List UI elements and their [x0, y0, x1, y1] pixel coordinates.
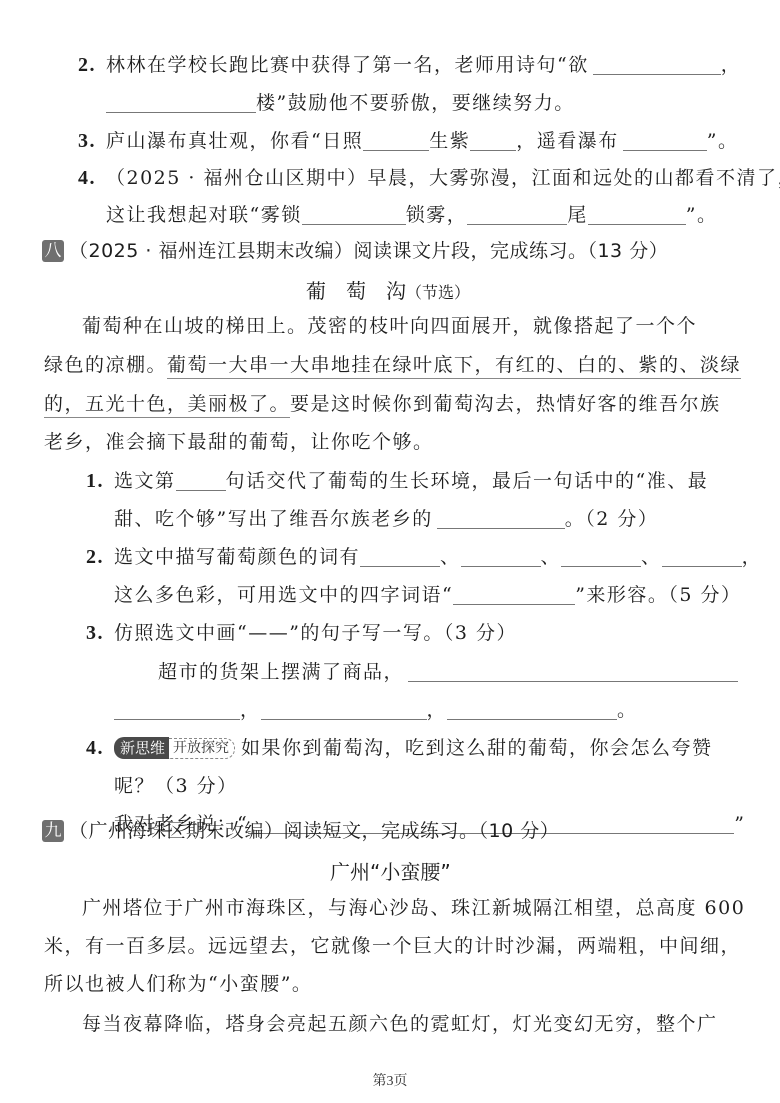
- question-text: 仿照选文中画“——”的句子写一写。（3 分）: [114, 622, 517, 644]
- passage-title-text: 广州“小蛮腰”: [330, 860, 451, 884]
- answer-blank[interactable]: [461, 546, 541, 567]
- section-heading-text: （广州海珠区期末改编）阅读短文，完成练习。（10 分）: [69, 820, 559, 842]
- worksheet-page: 2.林林在学校长跑比赛中获得了第一名，老师用诗句“欲， 楼”鼓励他不要骄傲，要继…: [0, 0, 780, 1103]
- answer-blank[interactable]: [662, 546, 742, 567]
- passage-text: 所以也被人们称为“小蛮腰”。: [44, 973, 312, 995]
- answer-blank[interactable]: [623, 130, 707, 151]
- passage-line: 老乡，准会摘下最甜的葡萄，让你吃个够。: [44, 429, 434, 455]
- punct: 、: [541, 546, 562, 568]
- q7-3: 3.庐山瀑布真壮观，你看“日照生紫，遥看瀑布”。: [78, 128, 738, 154]
- question-text: ”来形容。（5 分）: [575, 584, 741, 606]
- question-text: 呢？（3 分）: [114, 775, 238, 797]
- passage-line: 米，有一百多层。远远望去，它就像一个巨大的计时沙漏，两端粗，中间细，: [44, 933, 741, 959]
- passage-text: 老乡，准会摘下最甜的葡萄，让你吃个够。: [44, 431, 434, 453]
- question-text: ，遥看瀑布: [516, 130, 619, 152]
- answer-blank[interactable]: [176, 470, 226, 491]
- question-number: 3.: [86, 620, 114, 646]
- passage-line: 每当夜幕降临，塔身会亮起五颜六色的霓虹灯，灯光变幻无穷，整个广: [82, 1011, 718, 1037]
- question-text: 尾: [567, 204, 588, 226]
- question-text: 如果你到葡萄沟，吃到这么甜的葡萄，你会怎么夸赞: [241, 737, 713, 759]
- passage-title: 广州“小蛮腰”: [330, 856, 451, 885]
- passage-line: 所以也被人们称为“小蛮腰”。: [44, 971, 312, 997]
- answer-blank[interactable]: [437, 508, 565, 529]
- section-9-heading: 九（广州海珠区期末改编）阅读短文，完成练习。（10 分）: [42, 818, 559, 844]
- punct: ，: [427, 699, 448, 721]
- underlined-sentence: 葡萄一大串一大串地挂在绿叶底下，有红的、白的、紫的、淡绿: [167, 354, 741, 379]
- passage-text: 每当夜幕降临，塔身会亮起五颜六色的霓虹灯，灯光变幻无穷，整个广: [82, 1013, 718, 1035]
- answer-blank[interactable]: [470, 130, 516, 151]
- question-text: （2025 · 福州仓山区期中）早晨，大雾弥漫，江面和远处的山都看不清了，: [106, 167, 780, 189]
- question-text: 这么多色彩，可用选文中的四字词语“: [114, 584, 453, 606]
- question-number: 3.: [78, 128, 106, 154]
- section-heading-text: （2025 · 福州连江县期末改编）阅读课文片段，完成练习。（13 分）: [69, 240, 668, 262]
- question-text: 庐山瀑布真壮观，你看“日照: [106, 130, 363, 152]
- punct: ”。: [707, 130, 739, 152]
- punct: ，: [742, 546, 763, 568]
- punct: ，: [721, 54, 742, 76]
- q7-2-line1: 2.林林在学校长跑比赛中获得了第一名，老师用诗句“欲，: [78, 52, 741, 78]
- passage-title-note: （节选）: [406, 283, 470, 302]
- answer-blank[interactable]: [408, 661, 738, 682]
- answer-blank[interactable]: [447, 699, 617, 720]
- question-text: 甜、吃个够”写出了维吾尔族老乡的: [114, 508, 433, 530]
- underlined-sentence: 的，五光十色，美丽极了。: [44, 393, 290, 418]
- q8-3-line2: 超市的货架上摆满了商品，: [158, 659, 738, 685]
- punct: 、: [440, 546, 461, 568]
- q8-1-line2: 甜、吃个够”写出了维吾尔族老乡的。（2 分）: [114, 506, 658, 532]
- answer-blank[interactable]: [363, 130, 429, 151]
- punct: 。: [617, 699, 638, 721]
- passage-line: 广州塔位于广州市海珠区，与海心沙岛、珠江新城隔江相望，总高度 600: [82, 895, 745, 921]
- passage-text: 葡萄种在山坡的梯田上。茂密的枝叶向四面展开，就像搭起了一个个: [82, 315, 697, 337]
- question-number: 2.: [86, 544, 114, 570]
- answer-blank[interactable]: [302, 204, 406, 225]
- punct: ，: [240, 699, 261, 721]
- answer-blank[interactable]: [360, 546, 440, 567]
- answer-blank[interactable]: [106, 92, 256, 113]
- question-text: 楼”鼓励他不要骄傲，要继续努力。: [256, 92, 575, 114]
- answer-blank[interactable]: [467, 204, 567, 225]
- question-text: 这让我想起对联“雾锁: [106, 204, 302, 226]
- q8-4-line2: 呢？（3 分）: [114, 773, 238, 799]
- punct: ”。: [686, 204, 718, 226]
- q8-4-line1: 4.新思维开放探究如果你到葡萄沟，吃到这么甜的葡萄，你会怎么夸赞: [86, 735, 713, 761]
- passage-text: 广州塔位于广州市海珠区，与海心沙岛、珠江新城隔江相望，总高度 600: [82, 897, 745, 919]
- question-number: 2.: [78, 52, 106, 78]
- punct: ”: [734, 813, 745, 835]
- question-number: 1.: [86, 468, 114, 494]
- question-text: 句话交代了葡萄的生长环境，最后一句话中的“准、最: [226, 470, 709, 492]
- answer-blank[interactable]: [588, 204, 686, 225]
- answer-blank[interactable]: [561, 546, 641, 567]
- passage-text: 要是这时候你到葡萄沟去，热情好客的维吾尔族: [290, 393, 721, 415]
- q8-3-line3: ，，。: [114, 697, 638, 723]
- passage-line: 的，五光十色，美丽极了。要是这时候你到葡萄沟去，热情好客的维吾尔族: [44, 391, 721, 417]
- q8-1-line1: 1.选文第句话交代了葡萄的生长环境，最后一句话中的“准、最: [86, 468, 708, 494]
- q7-4-line2: 这让我想起对联“雾锁锁雾，尾”。: [106, 202, 717, 228]
- q7-2-line2: 楼”鼓励他不要骄傲，要继续努力。: [106, 90, 575, 116]
- passage-text: 绿色的凉棚。: [44, 354, 167, 376]
- passage-title: 葡 萄 沟（节选）: [306, 275, 470, 304]
- question-text: 。（2 分）: [565, 508, 659, 530]
- badge-light-label: 开放探究: [169, 738, 235, 759]
- section-marker-9: 九: [42, 820, 64, 842]
- passage-title-text: 葡 萄 沟: [306, 279, 406, 303]
- page-number: 第3页: [0, 1070, 780, 1090]
- section-marker-8: 八: [42, 240, 64, 262]
- question-text: 林林在学校长跑比赛中获得了第一名，老师用诗句“欲: [106, 54, 589, 76]
- punct: 、: [641, 546, 662, 568]
- q8-2-line2: 这么多色彩，可用选文中的四字词语“”来形容。（5 分）: [114, 582, 742, 608]
- question-text: 选文第: [114, 470, 176, 492]
- answer-blank[interactable]: [453, 584, 575, 605]
- question-number: 4.: [86, 735, 114, 761]
- passage-text: 米，有一百多层。远远望去，它就像一个巨大的计时沙漏，两端粗，中间细，: [44, 935, 741, 957]
- q7-4-line1: 4.（2025 · 福州仓山区期中）早晨，大雾弥漫，江面和远处的山都看不清了，: [78, 165, 780, 191]
- answer-blank[interactable]: [261, 699, 427, 720]
- question-text: 锁雾，: [406, 204, 468, 226]
- badge-dark-label: 新思维: [114, 737, 169, 759]
- answer-blank[interactable]: [593, 54, 721, 75]
- question-text: 生紫: [429, 130, 470, 152]
- question-text: 超市的货架上摆满了商品，: [158, 661, 404, 683]
- question-text: 选文中描写葡萄颜色的词有: [114, 546, 360, 568]
- passage-line: 葡萄种在山坡的梯田上。茂密的枝叶向四面展开，就像搭起了一个个: [82, 313, 697, 339]
- answer-blank[interactable]: [114, 699, 240, 720]
- passage-line: 绿色的凉棚。葡萄一大串一大串地挂在绿叶底下，有红的、白的、紫的、淡绿: [44, 352, 741, 378]
- question-number: 4.: [78, 165, 106, 191]
- q8-3-line1: 3.仿照选文中画“——”的句子写一写。（3 分）: [86, 620, 517, 646]
- new-thinking-badge: 新思维开放探究: [114, 737, 235, 759]
- section-8-heading: 八（2025 · 福州连江县期末改编）阅读课文片段，完成练习。（13 分）: [42, 238, 668, 264]
- q8-2-line1: 2.选文中描写葡萄颜色的词有、、、，: [86, 544, 762, 570]
